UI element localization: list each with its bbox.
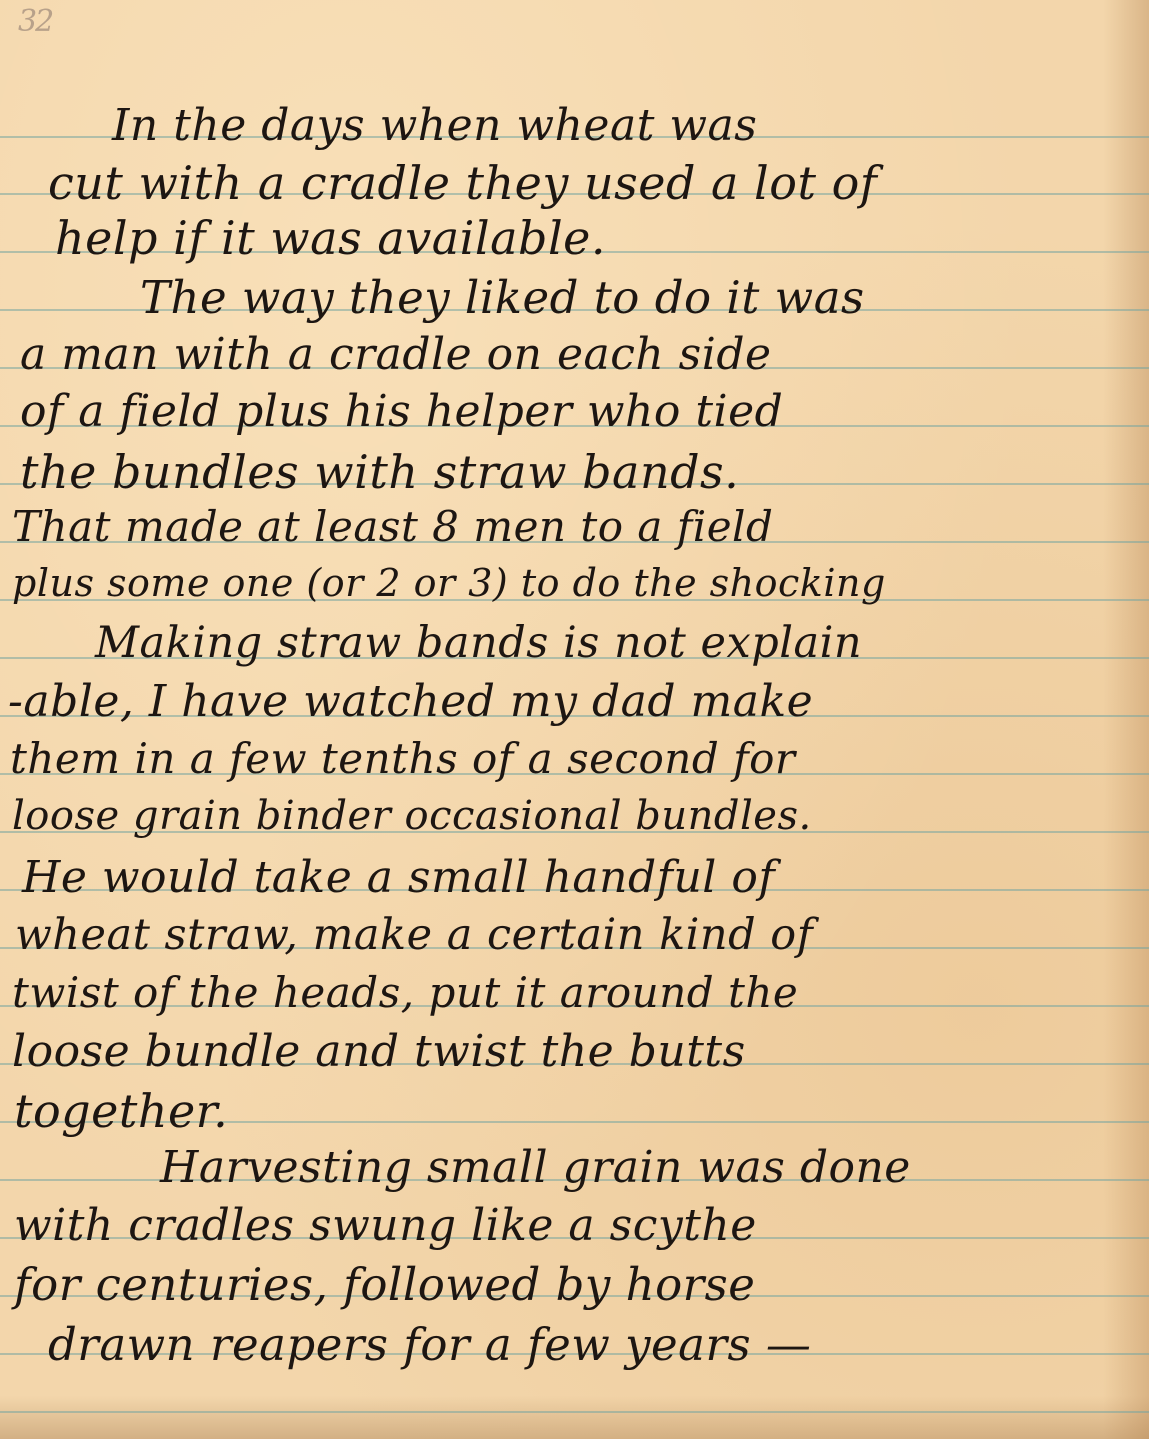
page-number: 32 — [18, 4, 52, 39]
text-line: for centuries, followed by horse — [14, 1262, 755, 1307]
notebook-page: 32 In the days when wheat was cut with a… — [0, 0, 1149, 1439]
text-line: help if it was available. — [55, 215, 606, 261]
text-line: loose grain binder occasional bundles. — [12, 796, 812, 836]
text-line: with cradles swung like a scythe — [14, 1204, 757, 1248]
text-line: He would take a small handful of — [22, 856, 775, 900]
text-line: -able, I have watched my dad make — [8, 680, 813, 724]
text-line: cut with a cradle they used a lot of — [48, 160, 877, 206]
text-line: of a field plus his helper who tied — [20, 390, 783, 434]
text-line: That made at least 8 men to a field — [12, 506, 773, 548]
text-line: together. — [14, 1088, 228, 1134]
ruled-line — [0, 1411, 1149, 1413]
text-line: the bundles with straw bands. — [20, 449, 739, 495]
text-line: loose bundle and twist the butts — [12, 1030, 746, 1074]
text-line: wheat straw, make a certain kind of — [15, 914, 813, 957]
text-line: a man with a cradle on each side — [20, 333, 772, 377]
text-line: plus some one (or 2 or 3) to do the shoc… — [12, 564, 886, 602]
text-line: drawn reapers for a few years — — [48, 1322, 811, 1367]
text-line: Making straw bands is not explain — [95, 622, 862, 665]
text-line: The way they liked to do it was — [140, 275, 865, 320]
text-line: In the days when wheat was — [112, 104, 757, 148]
text-line: twist of the heads, put it around the — [12, 972, 798, 1014]
text-line: them in a few tenths of a second for — [10, 738, 795, 780]
text-line: Harvesting small grain was done — [160, 1146, 911, 1190]
